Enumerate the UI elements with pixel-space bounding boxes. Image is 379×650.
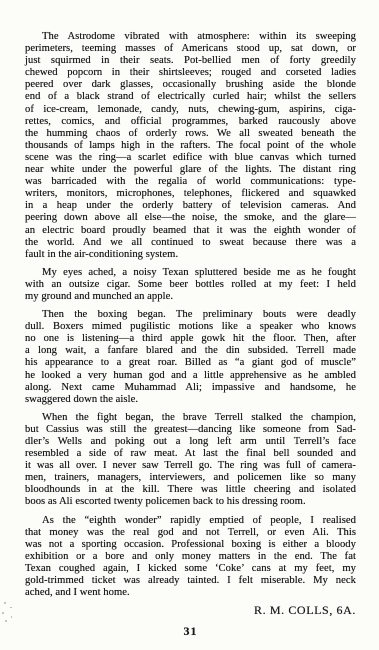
paragraph: When the fight began, the brave Terrell … [25, 406, 356, 509]
text-line: The Astrodome vibrated with atmosphere: … [25, 31, 356, 43]
text-line: dull. Boxers mimed pugilistic motions li… [25, 321, 356, 333]
text-line: it was all over. I never saw Terrell go.… [25, 460, 356, 472]
text-line: but Cassius was still the greatest—danci… [25, 424, 356, 436]
text-line: peering down above all else—the noise, t… [25, 212, 356, 224]
text-line: ached, and I went home. [25, 587, 356, 599]
text-line: a long wait, a fanfare blared and the di… [25, 345, 356, 357]
text-line: that money was the real god and not Terr… [25, 527, 356, 539]
book-page: The Astrodome vibrated with atmosphere: … [0, 0, 379, 650]
speck-dot [11, 616, 12, 618]
text-line: perimeters, teeming masses of Americans … [25, 43, 356, 55]
author-signature: R. M. COLLS, 6A. [25, 599, 356, 616]
text-line: My eyes ached, a noisy Texan spluttered … [25, 267, 356, 279]
text-line: chewed popcorn in their shirtsleeves; ro… [25, 67, 356, 79]
text-line: thousands of lamps high in the rafters. … [25, 140, 356, 152]
text-line: with an outsize cigar. Some beer bottles… [25, 279, 356, 291]
speck-dot [10, 607, 12, 608]
paragraph: Then the boxing began. The preliminary b… [25, 303, 356, 406]
essay-body: The Astrodome vibrated with atmosphere: … [25, 31, 356, 637]
text-line: Then the boxing began. The preliminary b… [25, 309, 356, 321]
text-line: the world. And we all continued to sweat… [25, 237, 356, 249]
paragraph: My eyes ached, a noisy Texan spluttered … [25, 261, 356, 303]
text-line: was barricaded with the regalia of world… [25, 176, 356, 188]
text-line: end of a black strand of electrically cu… [25, 91, 356, 103]
text-line: boos as Ali escorted twenty policemen ba… [25, 496, 356, 508]
text-line: of ice-cream, lemonade, candy, nuts, che… [25, 104, 356, 116]
text-line: dler’s Wells and poking out a long left … [25, 436, 356, 448]
text-line: my ground and munched an apple. [25, 291, 356, 303]
text-line: men, trainers, managers, interviewers, a… [25, 472, 356, 484]
text-line: along. Next came Muhammad Ali; impassive… [25, 382, 356, 394]
text-line: scene was the ring—a scarlet edifice wit… [25, 152, 356, 164]
text-line: swaggered down the aisle. [25, 394, 356, 406]
text-line: writers, monitors, microphones, telephon… [25, 188, 356, 200]
text-line: just squirmed in their seats. Pot-bellie… [25, 55, 356, 67]
text-line: the humming chaos of orderly rows. We al… [25, 128, 356, 140]
text-line: exhibition or a bore and only money matt… [25, 551, 356, 563]
text-line: no one is listening—a third apple gowk h… [25, 333, 356, 345]
text-line: was not a sporting occasion. Professiona… [25, 539, 356, 551]
page-number: 31 [25, 616, 356, 637]
text-line: As the “eighth wonder” rapidly emptied o… [25, 515, 356, 527]
text-line: near white under the powerful glare of t… [25, 164, 356, 176]
text-line: in a heap under the orderly battery of t… [25, 200, 356, 212]
paragraphs-container: The Astrodome vibrated with atmosphere: … [25, 31, 356, 599]
speck-dot [2, 612, 4, 614]
text-line: resembled a side of raw meat. At last th… [25, 448, 356, 460]
text-line: Texan coughed again, I kicked some ‘Coke… [25, 563, 356, 575]
speck-dot [5, 620, 7, 622]
text-line: gold-trimmed ticket was already tainted.… [25, 575, 356, 587]
text-line: an electric board proudly beamed that it… [25, 225, 356, 237]
text-line: peered over dark glasses, occasionally b… [25, 79, 356, 91]
text-line: he looked a very human god and a little … [25, 370, 356, 382]
text-line: When the fight began, the brave Terrell … [25, 412, 356, 424]
paragraph: The Astrodome vibrated with atmosphere: … [25, 31, 356, 261]
text-line: fault in the air-conditioning system. [25, 249, 356, 261]
text-line: his appearance to a great roar. Billed a… [25, 357, 356, 369]
speck-dot [4, 602, 6, 604]
text-line: bloodhounds in at the kill. There was li… [25, 484, 356, 496]
paragraph: As the “eighth wonder” rapidly emptied o… [25, 509, 356, 600]
text-line: rettes, comics, and official programmes,… [25, 116, 356, 128]
